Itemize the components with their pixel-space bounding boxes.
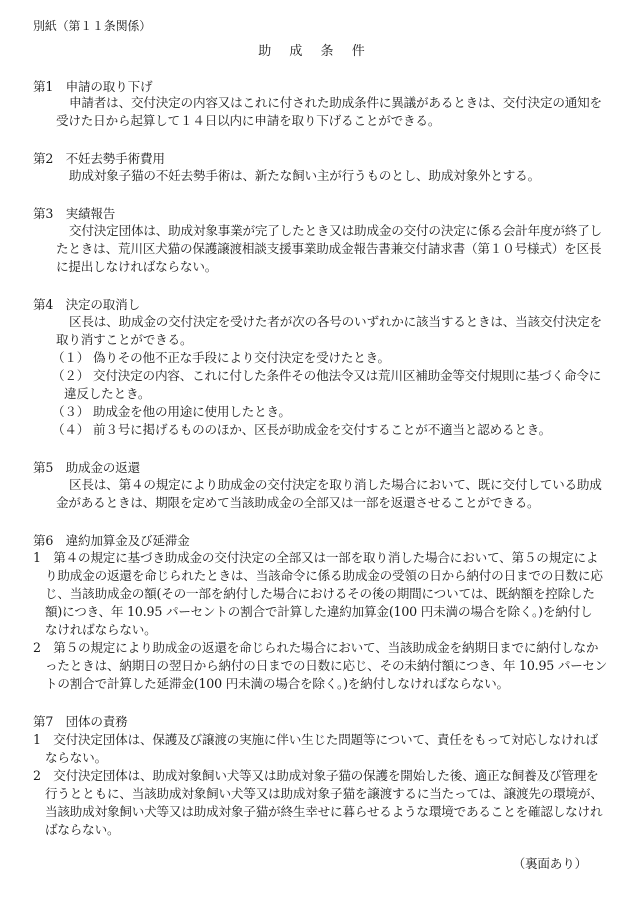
section-1-line-1: 申請者は、交付決定の内容又はこれに付された助成条件に異議があるときは、交付決定の… — [69, 95, 602, 111]
section-2-line-1: 助成対象子猫の不妊去勢手術は、新たな飼い主が行うものとし、助成対象外とする。 — [69, 168, 540, 184]
section-heading-5: 第5 助成金の返還 — [33, 460, 140, 476]
section-7-item-1: 1 交付決定団体は、保護及び譲渡の実施に伴い生じた問題等について、責任をもって対… — [33, 732, 598, 748]
section-4-item-3: （３） 助成金を他の用途に使用したとき。 — [52, 404, 291, 420]
section-heading-4: 第4 決定の取消し — [33, 297, 140, 313]
section-4-line-1: 区長は、助成金の交付決定を受けた者が次の各号のいずれかに該当するときは、当該交付… — [69, 314, 602, 330]
annex-label: 別紙（第１１条関係） — [33, 18, 151, 34]
section-heading-7: 第7 団体の責務 — [33, 714, 128, 730]
document-page: 別紙（第１１条関係） 助 成 条 件 第1 申請の取り下げ 申請者は、交付決定の… — [0, 0, 630, 903]
section-4-item-2-cont: 違反したとき。 — [64, 386, 150, 402]
section-heading-2: 第2 不妊去勢手術費用 — [33, 151, 165, 167]
section-3-line-2: たときは、荒川区犬猫の保護譲渡相談支援事業助成金報告書兼交付請求書（第１０号様式… — [56, 241, 601, 257]
section-4-item-2: （２） 交付決定の内容、これに付した条件その他法令又は荒川区補助金等交付規則に基… — [52, 368, 601, 384]
section-3-line-1: 交付決定団体は、助成対象事業が完了したとき又は助成金の交付の決定に係る会計年度が… — [69, 223, 602, 239]
section-7-item-2-line-4: ばならない。 — [45, 822, 119, 838]
section-7-item-1-line-2: ならない。 — [45, 750, 107, 766]
section-heading-1: 第1 申請の取り下げ — [33, 79, 152, 95]
section-4-item-1: （１） 偽りその他不正な手段により交付決定を受けたとき。 — [52, 350, 390, 366]
section-4-line-2: 取り消すことができる。 — [56, 332, 192, 348]
section-6-item-2: 2 第５の規定により助成金の返還を命じられた場合において、当該助成金を納期日まで… — [33, 640, 598, 656]
section-6-item-2-line-2: ったときは、納期日の翌日から納付の日までの日数に応じ、その未納付額につき、年 1… — [45, 658, 607, 674]
section-6-item-1-line-4: 額)につき、年 10.95 パーセントの割合で計算した違約加算金(100 円未満… — [45, 604, 592, 620]
section-6-item-1: 1 第４の規定に基づき助成金の交付決定の全部又は一部を取り消した場合において、第… — [33, 550, 598, 566]
section-5-line-1: 区長は、第４の規定により助成金の交付決定を取り消した場合において、既に交付してい… — [69, 477, 602, 493]
section-6-item-1-line-5: なければならない。 — [45, 622, 157, 638]
section-7-item-2-line-2: 行うとともに、当該助成対象飼い犬等又は助成対象子猫を譲渡するに当たっては、譲渡先… — [45, 786, 603, 802]
section-1-line-2: 受けた日から起算して１４日以内に申請を取り下げることができる。 — [56, 113, 440, 129]
section-6-item-1-line-2: り助成金の返還を命じられたときは、当該命令に係る助成金の受領の日から納付の日まで… — [45, 568, 603, 584]
page-title: 助 成 条 件 — [0, 40, 630, 59]
section-6-item-2-line-3: トの割合で計算した延滞金(100 円未満の場合を除く。)を納付しなければならない… — [45, 676, 509, 692]
section-heading-3: 第3 実績報告 — [33, 206, 115, 222]
reverse-side-note: （裏面あり） — [513, 856, 587, 872]
section-5-line-2: 金があるときは、期限を定めて当該助成金の全部又は一部を返還させることができる。 — [56, 495, 539, 511]
section-4-item-4: （４） 前３号に掲げるもののほか、区長が助成金を交付することが不適当と認めるとき… — [52, 422, 551, 438]
section-7-item-2: 2 交付決定団体は、助成対象飼い犬等又は助成対象子猫の保護を開始した後、適正な飼… — [33, 768, 599, 784]
section-3-line-3: に提出しなければならない。 — [56, 259, 217, 275]
section-heading-6: 第6 違約加算金及び延滞金 — [33, 533, 190, 549]
section-7-item-2-line-3: 当該助成対象飼い犬等又は助成対象子猫が終生幸せに暮らせるような環境であることを確… — [45, 804, 602, 820]
section-6-item-1-line-3: じ、当該助成金の額(その一部を納付した場合におけるその後の期間については、既納額… — [45, 586, 595, 602]
